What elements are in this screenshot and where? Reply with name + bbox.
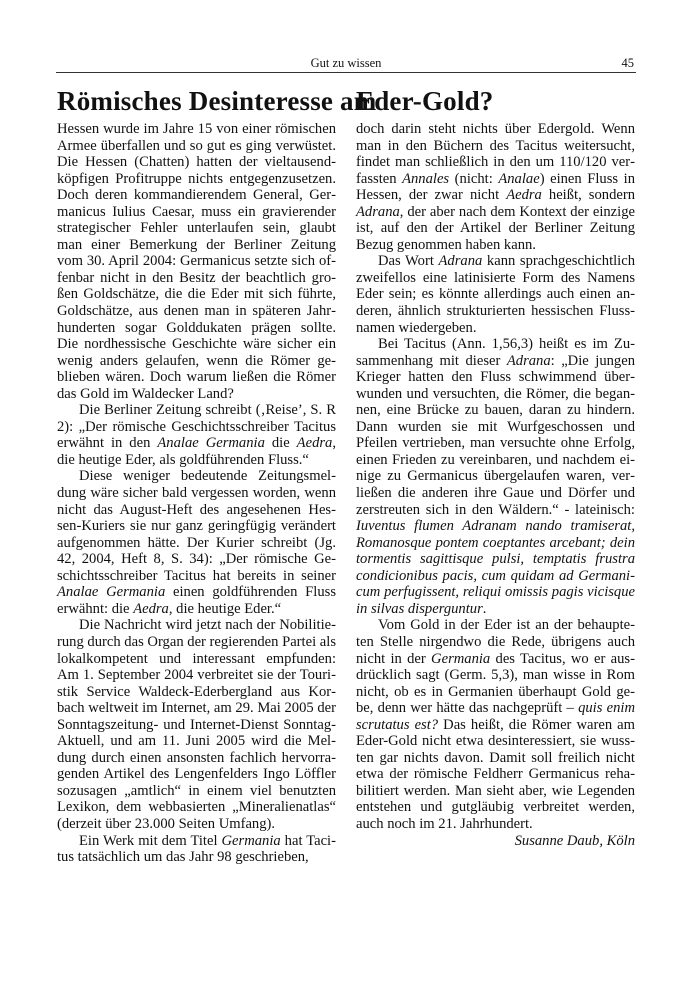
running-head: Gut zu wissen 45	[56, 55, 636, 73]
paragraph: Das Wort Adrana kann sprachgeschichtlich…	[356, 253, 635, 336]
running-head-section: Gut zu wissen	[56, 56, 636, 71]
right-column: doch darin steht nichts über Edergold. W…	[356, 121, 635, 849]
article-title-part1: Römisches Desinteresse am	[57, 86, 376, 117]
page-number: 45	[622, 56, 635, 71]
paragraph: Bei Tacitus (Ann. 1,56,3) heißt es im Zu…	[356, 336, 635, 617]
paragraph: doch darin steht nichts über Edergold. W…	[356, 121, 635, 253]
article-title-part2: Eder-Gold?	[356, 86, 494, 117]
paragraph: Vom Gold in der Eder ist an der behaupte…	[356, 617, 635, 832]
paragraph: Die Nachricht wird jetzt nach der Nobili…	[57, 617, 336, 832]
paragraph: Diese weniger bedeutende Zeitungsmel­dun…	[57, 468, 336, 617]
author-signature: Susanne Daub, Köln	[356, 833, 635, 850]
paragraph: Die Berliner Zeitung schreibt (‚Reise’, …	[57, 402, 336, 468]
left-column: Hessen wurde im Jahre 15 von einer römis…	[57, 121, 336, 866]
paragraph: Hessen wurde im Jahre 15 von einer römis…	[57, 121, 336, 402]
paragraph: Ein Werk mit dem Titel Germania hat Taci…	[57, 833, 336, 866]
